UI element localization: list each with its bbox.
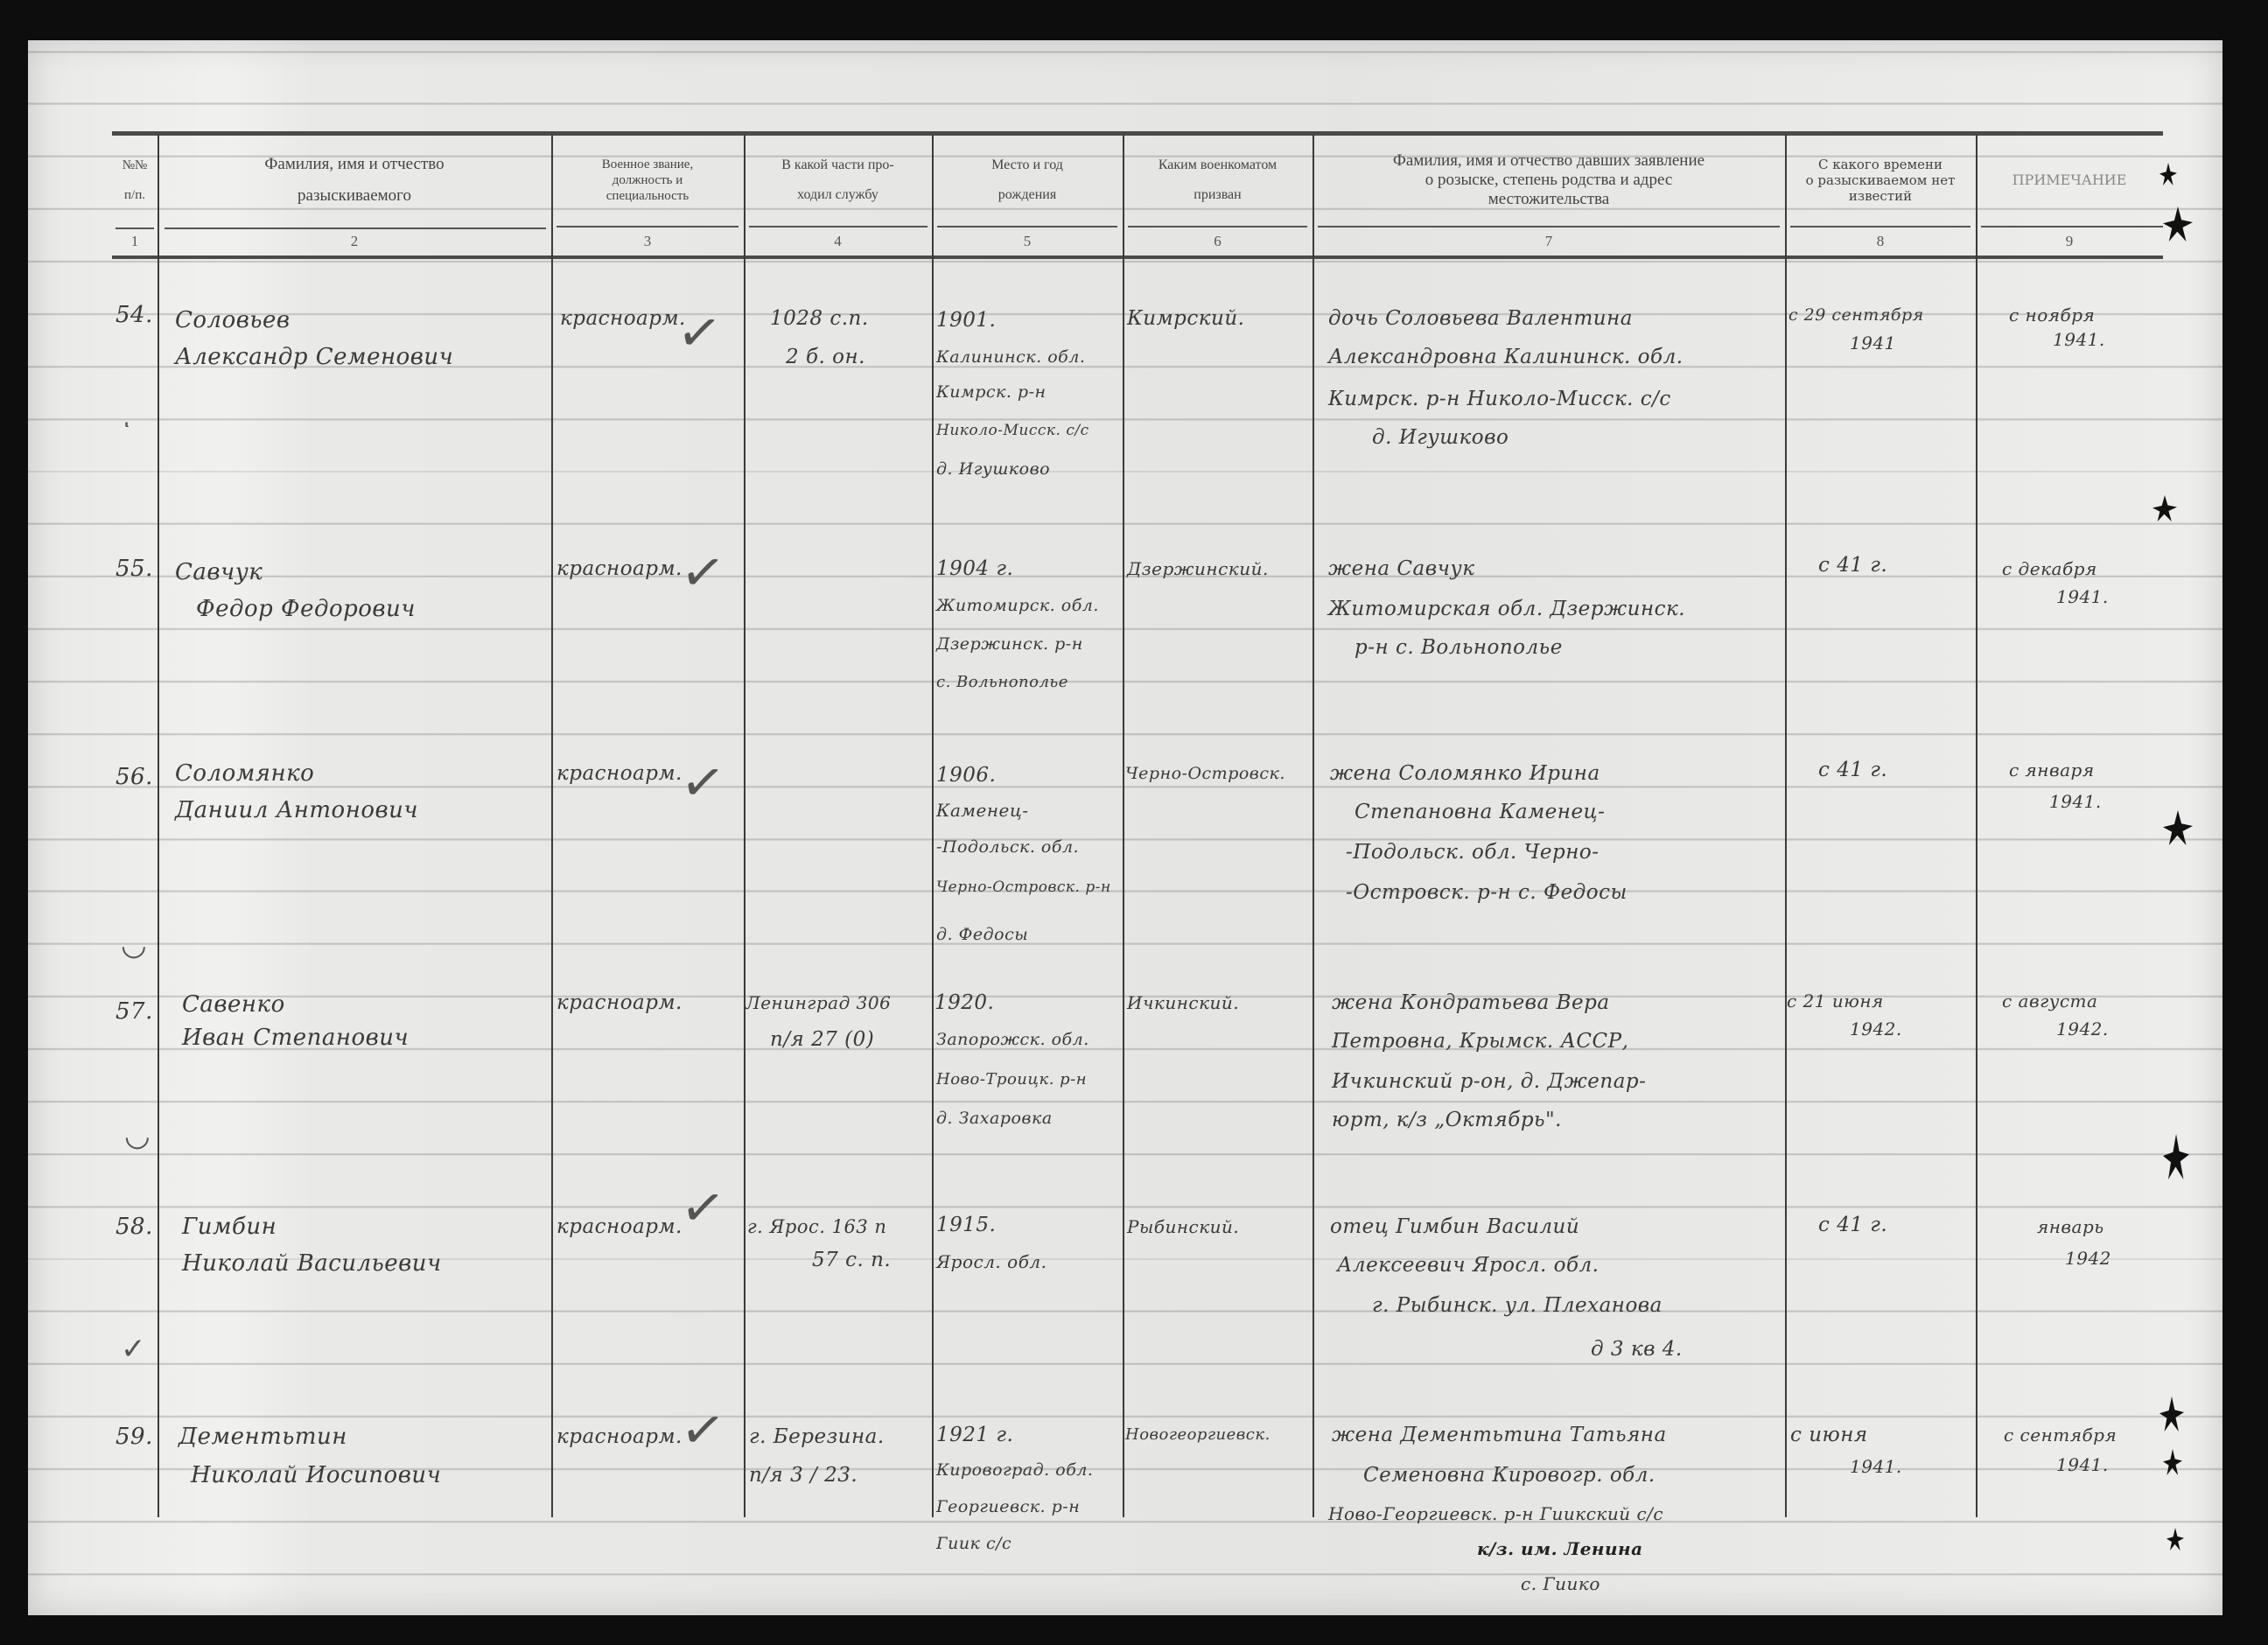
- num-rule: [937, 226, 1117, 227]
- voenkomat: Кимрский.: [1127, 292, 1244, 345]
- header-col-9: ПРИМЕЧАНИЕ: [1976, 136, 2163, 224]
- column-number: 9: [1976, 233, 2163, 250]
- unit: п/я 27 (0): [770, 1013, 874, 1066]
- header-text: разыскиваемого: [297, 186, 411, 206]
- header-text: местожительства: [1488, 190, 1610, 209]
- note: 1941.: [2056, 570, 2109, 623]
- person-given-names: Николай Иосипович: [191, 1449, 441, 1501]
- no-news-since: 1941: [1850, 317, 1896, 369]
- num-rule: [115, 227, 154, 229]
- tick-mark-icon: ✓: [121, 1332, 146, 1367]
- header-text: ходил службу: [797, 185, 878, 205]
- header-text: рождения: [998, 185, 1056, 205]
- header-text: известий: [1849, 188, 1912, 204]
- header-bottom-rule: [112, 255, 2163, 259]
- col-divider-3: [744, 135, 745, 1517]
- voenkomat: Новогеоргиевск.: [1125, 1409, 1270, 1461]
- note: 1941.: [2053, 313, 2105, 366]
- person-given-names: Иван Степанович: [182, 1011, 409, 1064]
- header-text: ПРИМЕЧАНИЕ: [2012, 171, 2127, 190]
- header-col-1: №№ п/п.: [112, 136, 157, 224]
- birth-place: Яросл. обл.: [936, 1235, 1047, 1288]
- row-number: 59.: [115, 1410, 153, 1463]
- row-number: 55.: [115, 542, 153, 595]
- checkmark-icon: ✓: [676, 540, 729, 606]
- column-number: 4: [744, 233, 932, 250]
- num-rule: [1981, 226, 2163, 227]
- header-text: п/п.: [124, 185, 145, 205]
- voenkomat: Дзержинский.: [1127, 542, 1269, 595]
- no-news-since: 1942.: [1850, 1003, 1902, 1055]
- voenkomat: Рыбинский.: [1127, 1200, 1239, 1253]
- applicant: с. Гиико: [1521, 1557, 1600, 1610]
- column-number: 5: [932, 233, 1123, 250]
- tick-mark-icon: ◡: [124, 1118, 150, 1153]
- rank: красноарм.: [556, 976, 682, 1029]
- num-rule: [1318, 226, 1780, 227]
- birth-place: д. Захаровка: [936, 1092, 1053, 1144]
- header-col-7: Фамилия, имя и отчество давших заявление…: [1312, 136, 1785, 224]
- row-number: 57.: [115, 985, 153, 1038]
- document-page: №№ п/п. Фамилия, имя и отчество разыскив…: [28, 40, 2222, 1615]
- no-news-since: с 41 г.: [1818, 1199, 1887, 1251]
- col-divider-6: [1312, 135, 1314, 1517]
- checkmark-icon: ✓: [676, 1397, 729, 1464]
- punch-hole-icon: [2166, 1528, 2184, 1550]
- col-divider-8: [1976, 135, 1977, 1517]
- rank: красноарм.: [556, 542, 682, 595]
- rank: красноарм.: [556, 747, 682, 800]
- col-divider-1: [157, 135, 159, 1517]
- header-text: о разыскиваемом нет: [1806, 172, 1956, 188]
- checkmark-icon: ✓: [673, 300, 725, 367]
- birth-place: Гиик с/с: [936, 1517, 1011, 1570]
- applicant: р-н с. Вольнополье: [1354, 621, 1563, 674]
- person-given-names: Даниил Антонович: [175, 784, 418, 836]
- person-given-names: Федор Федорович: [196, 583, 416, 635]
- header-col-6: Каким военкоматом призван: [1123, 136, 1312, 224]
- birth-place: д. Игушково: [936, 443, 1050, 495]
- punch-hole-icon: [2163, 810, 2193, 845]
- person-given-names: Николай Васильевич: [182, 1237, 442, 1290]
- checkmark-icon: ✓: [676, 750, 729, 816]
- no-news-since: с 41 г.: [1818, 744, 1887, 796]
- note: 1942.: [2056, 1003, 2109, 1055]
- num-rule: [164, 227, 546, 229]
- header-col-8: С какого времени о разыскиваемом нет изв…: [1785, 136, 1976, 224]
- unit: 2 б. он.: [786, 331, 865, 383]
- tick-mark-icon: ͺ: [119, 394, 134, 429]
- col-divider-7: [1785, 135, 1787, 1517]
- header-text: Военное звание,: [602, 157, 693, 172]
- num-rule: [749, 226, 927, 227]
- applicant: д 3 кв 4.: [1591, 1323, 1683, 1375]
- header-text: С какого времени: [1818, 157, 1942, 172]
- no-news-since: 1941.: [1850, 1440, 1902, 1493]
- column-number: 3: [551, 233, 744, 250]
- column-number: 6: [1123, 233, 1312, 250]
- header-text: Фамилия, имя и отчество давших заявление: [1393, 151, 1704, 171]
- unit: п/я 3 / 23.: [749, 1449, 857, 1501]
- header-col-3: Военное звание, должность и специальност…: [551, 136, 744, 224]
- column-number: 7: [1312, 233, 1785, 250]
- unit: 57 с. п.: [812, 1234, 891, 1286]
- note: 1942: [2065, 1232, 2111, 1284]
- rank: красноарм.: [556, 1200, 682, 1253]
- header-text: Фамилия, имя и отчество: [264, 155, 444, 174]
- note: 1941.: [2049, 775, 2102, 828]
- row-number: 56.: [115, 751, 153, 803]
- header-text: Место и год: [991, 156, 1063, 175]
- header-text: №№: [122, 156, 148, 175]
- row-number: 54.: [115, 289, 153, 341]
- header-text: В какой части про-: [781, 156, 894, 175]
- person-given-names: Александр Семенович: [175, 331, 453, 383]
- punch-hole-icon: [2163, 1134, 2189, 1179]
- voenkomat: Черно-Островск.: [1125, 747, 1285, 800]
- num-rule: [1790, 226, 1970, 227]
- header-text: специальность: [606, 188, 689, 204]
- note: 1941.: [2056, 1438, 2109, 1491]
- birth-place: д. Федосы: [936, 908, 1028, 961]
- birth-place: Черно-Островск. р-н: [936, 861, 1111, 913]
- row-number: 58.: [115, 1200, 153, 1253]
- num-rule: [1128, 226, 1307, 227]
- header-col-4: В какой части про- ходил службу: [744, 136, 932, 224]
- col-divider-4: [932, 135, 934, 1517]
- rank: красноарм.: [556, 1410, 682, 1463]
- punch-hole-icon: [2152, 495, 2177, 521]
- header-top-rule: [112, 131, 2163, 136]
- header-text: Каким военкоматом: [1158, 156, 1277, 175]
- column-number: 1: [112, 233, 157, 250]
- punch-hole-icon: [2159, 1396, 2184, 1431]
- birth-place: с. Вольнополье: [936, 656, 1068, 709]
- header-text: должность и: [612, 172, 683, 188]
- applicant: юрт, к/з „Октябрь".: [1332, 1094, 1562, 1146]
- tick-mark-icon: ◡: [121, 927, 147, 962]
- punch-hole-icon: [2163, 206, 2193, 241]
- header-col-2: Фамилия, имя и отчество разыскиваемого: [157, 136, 551, 224]
- column-number: 8: [1785, 233, 1976, 250]
- voenkomat: Ичкинский.: [1127, 976, 1239, 1029]
- rank: красноарм.: [560, 292, 686, 345]
- header-text: о розыске, степень родства и адрес: [1425, 171, 1673, 190]
- header-text: призван: [1193, 185, 1241, 205]
- num-rule: [556, 226, 738, 227]
- col-divider-2: [551, 135, 553, 1517]
- col-divider-5: [1123, 135, 1124, 1517]
- column-number: 2: [157, 233, 551, 250]
- no-news-since: с 41 г.: [1818, 539, 1887, 591]
- header-col-5: Место и год рождения: [932, 136, 1123, 224]
- applicant: д. Игушково: [1372, 411, 1508, 464]
- checkmark-icon: ✓: [676, 1175, 729, 1242]
- punch-hole-icon: [2163, 1449, 2182, 1475]
- applicant: -Островск. р-н с. Федосы: [1346, 866, 1627, 919]
